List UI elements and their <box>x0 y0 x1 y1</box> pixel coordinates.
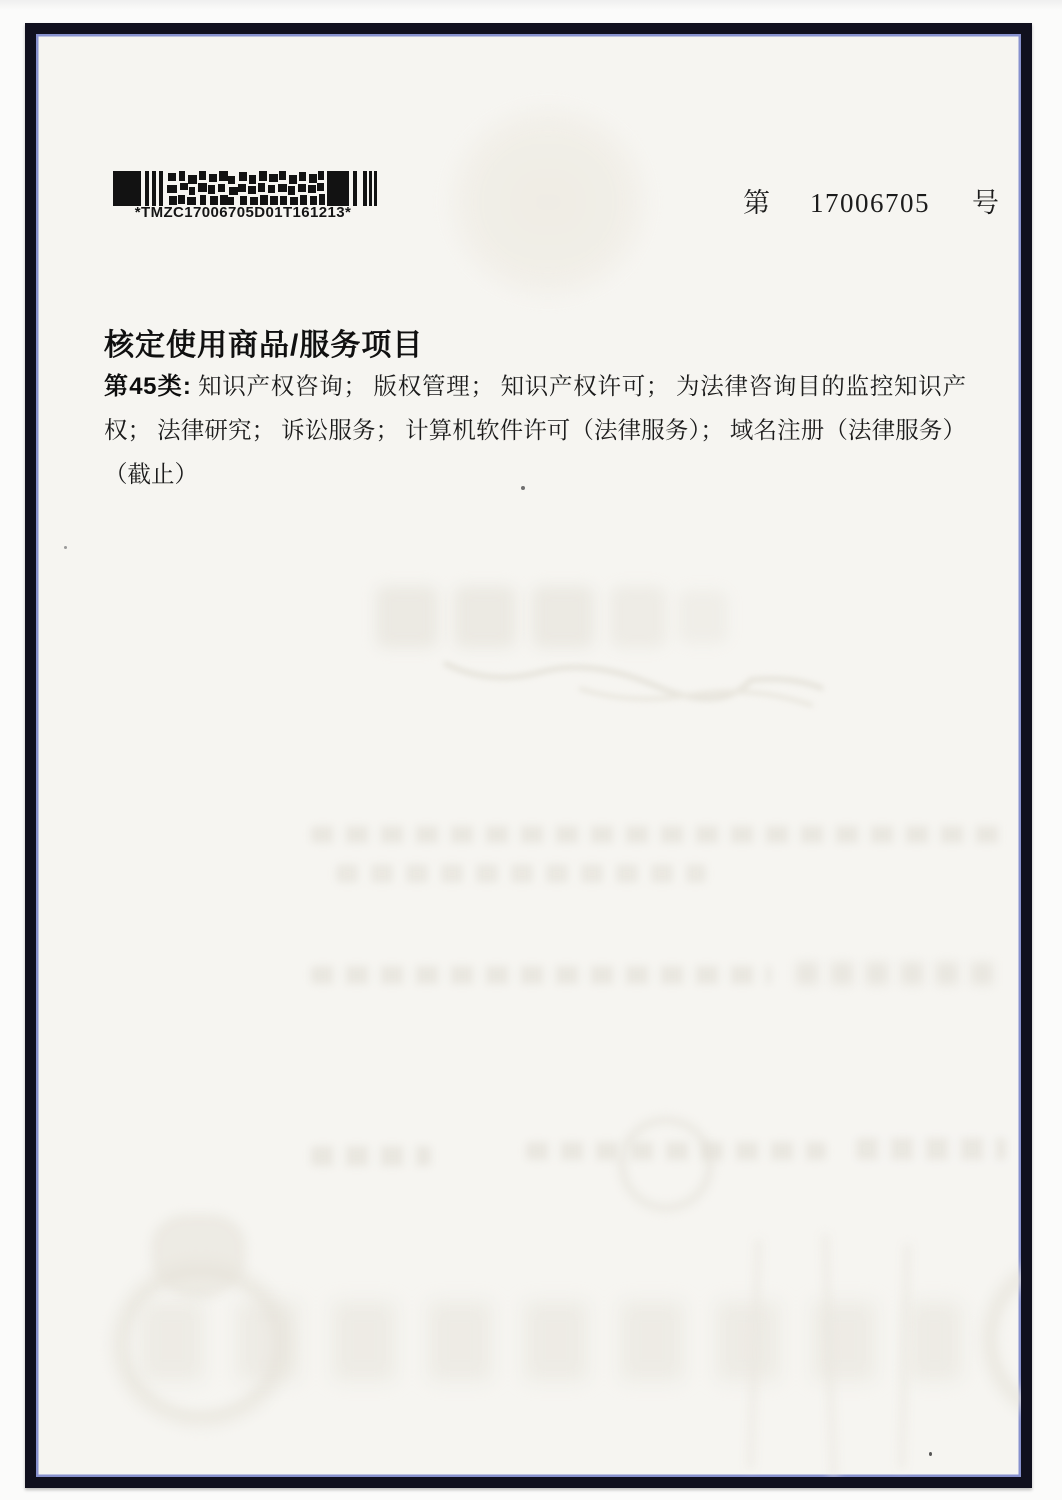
showthrough-title-ghost <box>678 590 728 644</box>
ornament-rosette-ghost <box>151 1214 246 1299</box>
ornament-rosette-ghost <box>66 1219 336 1469</box>
showthrough-text-row-ghost <box>311 1146 431 1166</box>
showthrough-title-ghost <box>376 586 438 648</box>
certificate-number-suffix: 号 <box>972 181 999 220</box>
showthrough-title-ghost <box>610 586 666 648</box>
certificate-border-frame <box>25 23 1032 1488</box>
showthrough-large-text-ghost <box>141 1302 961 1380</box>
showthrough-scribble-ghost <box>431 619 851 729</box>
certificate-number-value: 17006705 <box>810 188 930 219</box>
barcode-human-readable-text: *TMZC17006705D01T161213* <box>104 204 382 221</box>
barcode-image <box>112 171 378 207</box>
showthrough-text-row-ghost <box>526 1142 826 1160</box>
scan-speck <box>929 1452 932 1456</box>
scanned-certificate-page: *TMZC17006705D01T161213* 第 17006705 号 核定… <box>0 0 1062 1500</box>
certificate-number-prefix: 第 <box>743 181 770 220</box>
class-45-label: 第45类: <box>104 373 197 400</box>
scan-edge-shadow <box>0 0 1062 10</box>
certificate-number: 第 17006705 号 <box>743 181 999 220</box>
scan-speck <box>521 486 525 490</box>
showthrough-seal-ghost <box>596 1094 736 1234</box>
class-45-items-paragraph: 第45类:知识产权咨询； 版权管理； 知识产权许可； 为法律咨询目的监控知识产权… <box>104 365 966 497</box>
approved-goods-services-heading: 核定使用商品/服务项目 <box>104 320 423 364</box>
scan-speck <box>64 546 67 549</box>
class-45-items-text: 知识产权咨询； 版权管理； 知识产权许可； 为法律咨询目的监控知识产权； 法律研… <box>104 374 966 488</box>
showthrough-text-row-ghost <box>856 1138 1006 1160</box>
showthrough-text-row-ghost <box>311 826 1001 843</box>
showthrough-streak-ghost <box>898 1244 911 1469</box>
showthrough-text-row-ghost <box>796 962 1006 985</box>
showthrough-streak-ghost <box>822 1234 838 1479</box>
national-emblem-ghost-watermark <box>408 67 688 337</box>
showthrough-title-ghost <box>532 586 594 648</box>
ornament-rosette-ghost <box>941 1214 1032 1464</box>
showthrough-streak-ghost <box>747 1239 762 1469</box>
showthrough-text-row-ghost <box>311 966 771 984</box>
showthrough-text-row-ghost <box>336 864 706 883</box>
showthrough-title-ghost <box>454 586 516 648</box>
